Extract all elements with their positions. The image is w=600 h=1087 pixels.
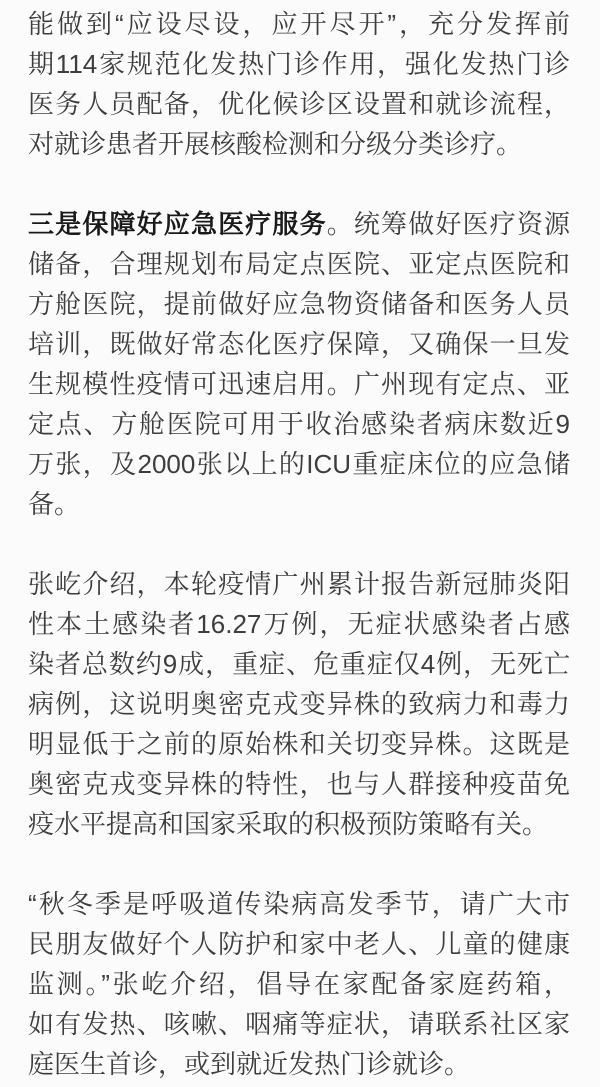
text-line: 生规模性疫情可迅速启用。广州现有定点、亚 [28,364,570,404]
body-text: 方舱医院，提前做好应急物资储备和医务人员 [28,289,570,319]
body-text: 定点、方舱医院可用于收治感染者病床数近9 [28,409,570,439]
text-line: 方舱医院，提前做好应急物资储备和医务人员 [28,284,570,324]
body-text: 性本土感染者16.27万例，无症状感染者占感 [28,609,570,639]
text-line: 疫水平提高和国家采取的积极预防策略有关。 [28,804,570,844]
text-line: 染者总数约9成，重症、危重症仅4例，无死亡 [28,644,570,684]
text-line: 监测。”张屹介绍，倡导在家配备家庭药箱， [28,964,570,1004]
text-line: 定点、方舱医院可用于收治感染者病床数近9 [28,404,570,444]
text-line: 备。 [28,484,570,524]
body-text: 监测。”张屹介绍，倡导在家配备家庭药箱， [28,969,570,999]
body-text: 培训，既做好常态化医疗保障，又确保一旦发 [28,329,570,359]
text-line: 病例，这说明奥密克戎变异株的致病力和毒力 [28,684,570,724]
body-text: 备。 [28,489,80,519]
body-text: “秋冬季是呼吸道传染病高发季节，请广大市 [28,889,570,919]
text-line: 能做到“应设尽设，应开尽开”，充分发挥前 [28,4,570,44]
text-line: “秋冬季是呼吸道传染病高发季节，请广大市 [28,884,570,924]
text-line: 万张，及2000张以上的ICU重症床位的应急储 [28,444,570,484]
text-line: 明显低于之前的原始株和关切变异株。这既是 [28,724,570,764]
body-text: 万张，及2000张以上的ICU重症床位的应急储 [28,449,570,479]
article: 能做到“应设尽设，应开尽开”，充分发挥前期114家规范化发热门诊作用，强化发热门… [0,0,600,1084]
body-text: 病例，这说明奥密克戎变异株的致病力和毒力 [28,689,570,719]
body-text: 奥密克戎变异株的特性，也与人群接种疫苗免 [28,769,570,799]
text-line: 对就诊患者开展核酸检测和分级分类诊疗。 [28,124,570,164]
paragraph: 张屹介绍，本轮疫情广州累计报告新冠肺炎阳性本土感染者16.27万例，无症状感染者… [28,564,570,844]
body-text: 医务人员配备，优化候诊区设置和就诊流程， [28,89,570,119]
paragraph: 能做到“应设尽设，应开尽开”，充分发挥前期114家规范化发热门诊作用，强化发热门… [28,4,570,164]
body-text: 疫水平提高和国家采取的积极预防策略有关。 [28,809,548,839]
body-text: 庭医生首诊，或到就近发热门诊就诊。 [28,1049,470,1079]
body-text: 染者总数约9成，重症、危重症仅4例，无死亡 [28,649,570,679]
body-text: 生规模性疫情可迅速启用。广州现有定点、亚 [28,369,570,399]
text-line: 张屹介绍，本轮疫情广州累计报告新冠肺炎阳 [28,564,570,604]
text-line: 医务人员配备，优化候诊区设置和就诊流程， [28,84,570,124]
text-line: 庭医生首诊，或到就近发热门诊就诊。 [28,1044,570,1084]
body-text: 民朋友做好个人防护和家中老人、儿童的健康 [28,929,570,959]
text-line: 如有发热、咳嗽、咽痛等症状，请联系社区家 [28,1004,570,1044]
bold-lead-text: 三是保障好应急医疗服务 [28,209,327,239]
text-line: 性本土感染者16.27万例，无症状感染者占感 [28,604,570,644]
text-line: 三是保障好应急医疗服务。统筹做好医疗资源 [28,204,570,244]
body-text: 明显低于之前的原始株和关切变异株。这既是 [28,729,570,759]
text-line: 储备，合理规划布局定点医院、亚定点医院和 [28,244,570,284]
body-text: 期114家规范化发热门诊作用，强化发热门诊 [28,49,570,79]
body-text: 储备，合理规划布局定点医院、亚定点医院和 [28,249,570,279]
body-text: 张屹介绍，本轮疫情广州累计报告新冠肺炎阳 [28,569,570,599]
paragraph: “秋冬季是呼吸道传染病高发季节，请广大市民朋友做好个人防护和家中老人、儿童的健康… [28,884,570,1084]
body-text: 对就诊患者开展核酸检测和分级分类诊疗。 [28,129,522,159]
body-text: 能做到“应设尽设，应开尽开”，充分发挥前 [28,9,570,39]
text-line: 民朋友做好个人防护和家中老人、儿童的健康 [28,924,570,964]
body-text: 如有发热、咳嗽、咽痛等症状，请联系社区家 [28,1009,570,1039]
text-line: 期114家规范化发热门诊作用，强化发热门诊 [28,44,570,84]
body-text: 。统筹做好医疗资源 [327,209,570,239]
text-line: 奥密克戎变异株的特性，也与人群接种疫苗免 [28,764,570,804]
text-line: 培训，既做好常态化医疗保障，又确保一旦发 [28,324,570,364]
paragraph: 三是保障好应急医疗服务。统筹做好医疗资源储备，合理规划布局定点医院、亚定点医院和… [28,204,570,524]
